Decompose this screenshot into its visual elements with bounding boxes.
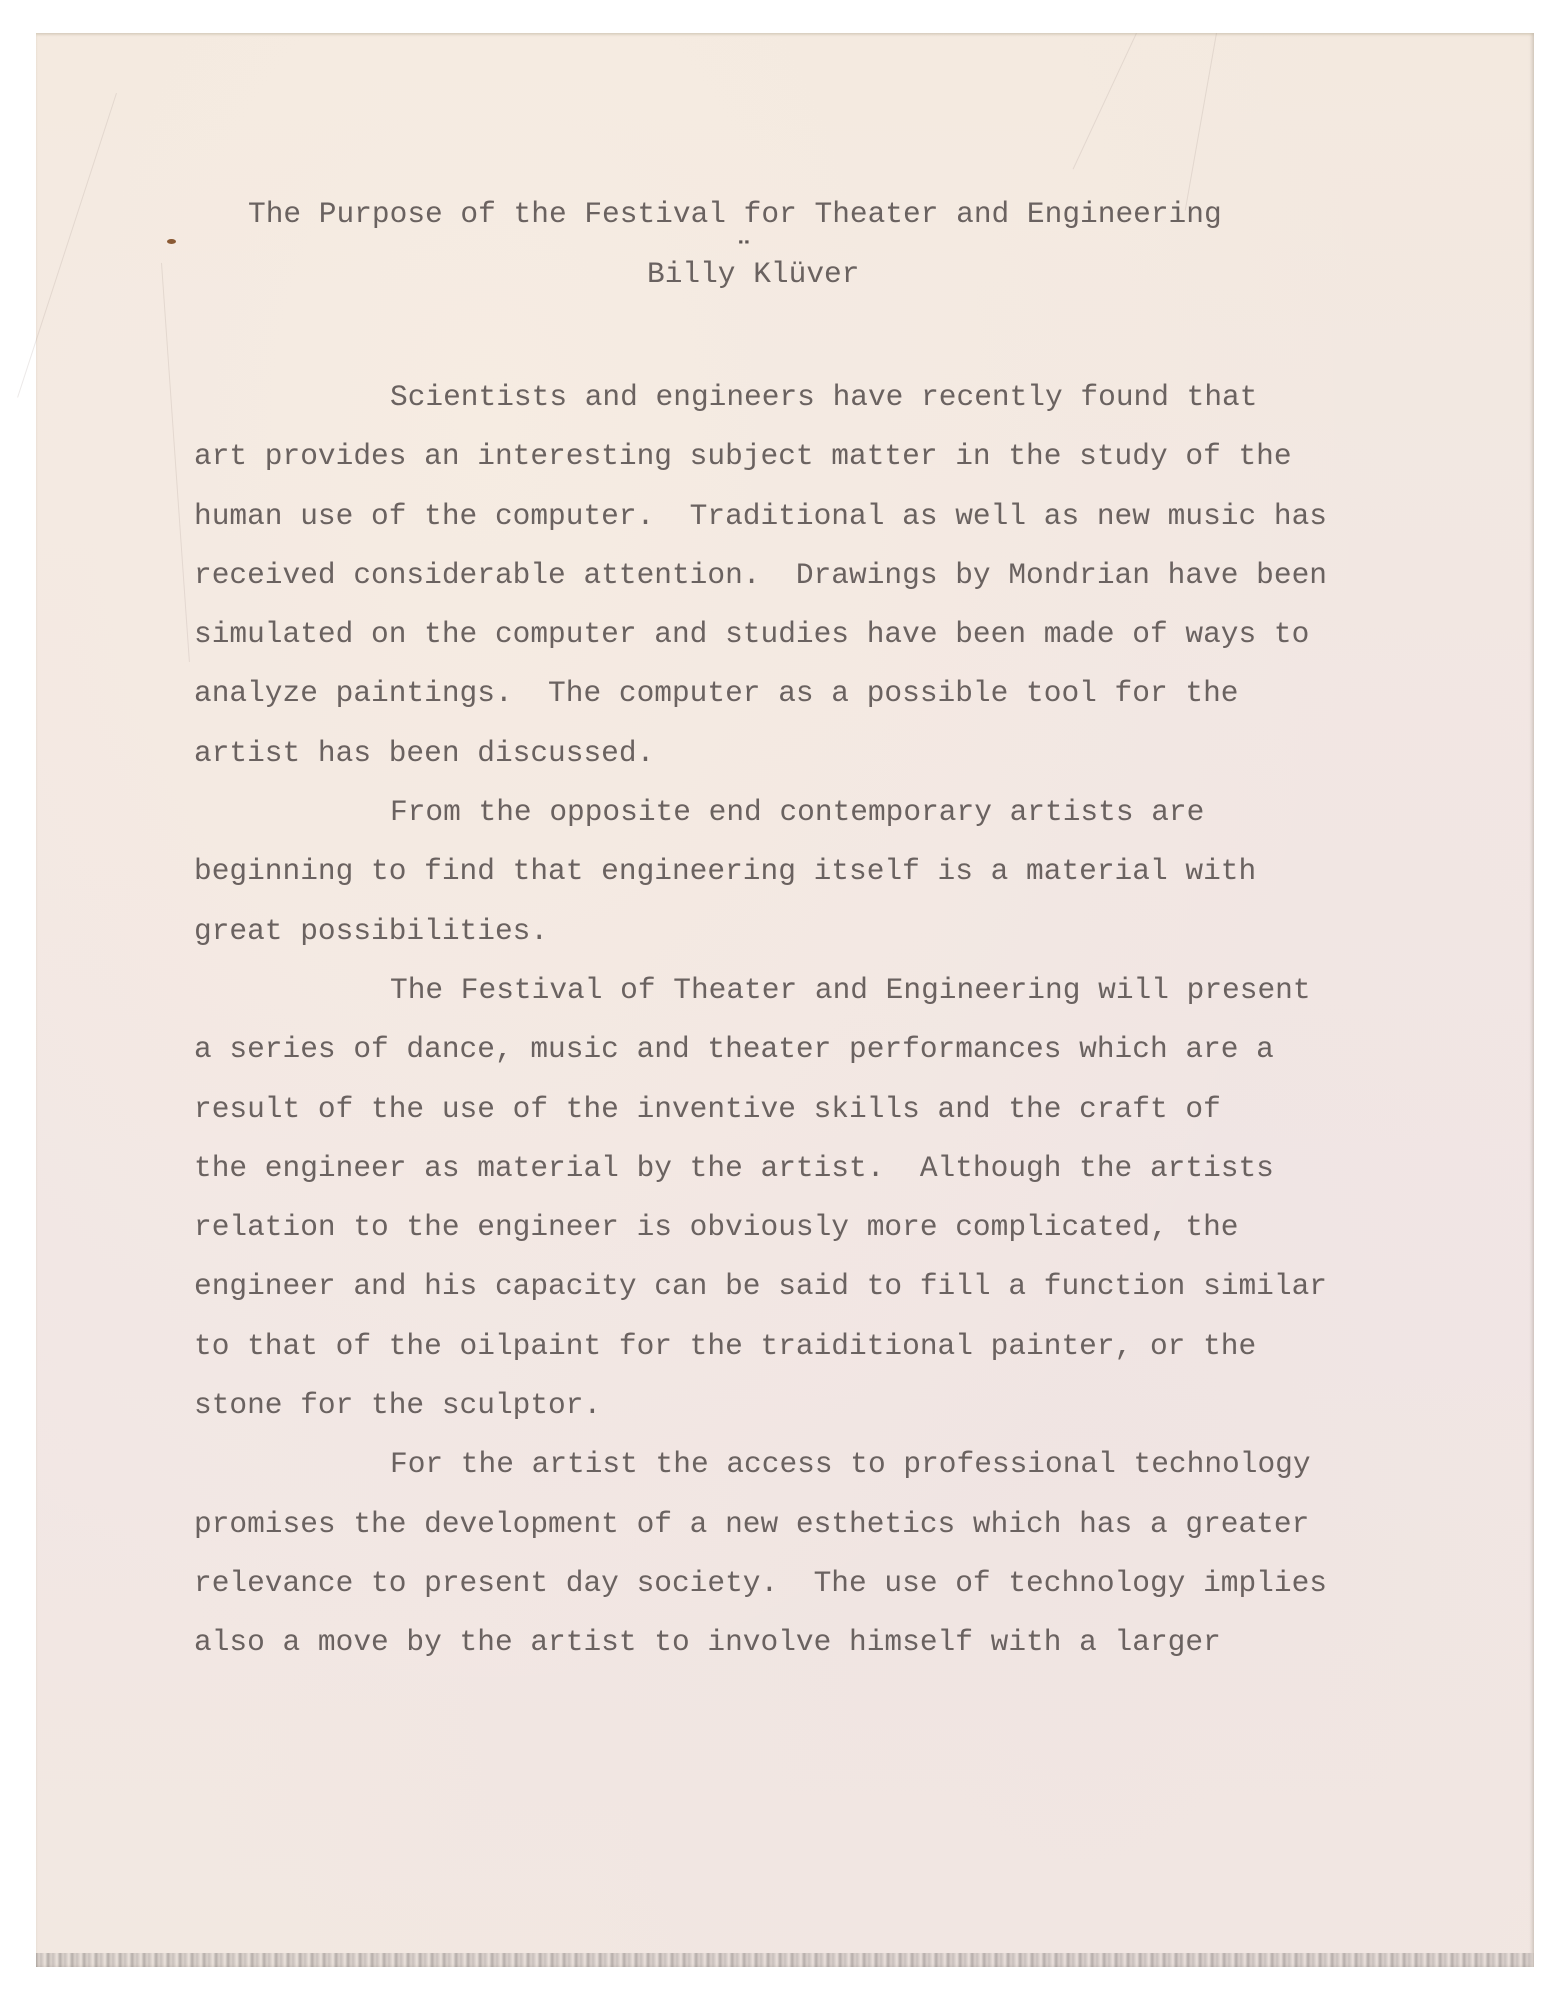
paragraph-2-line-1: From the opposite end contemporary artis… [194, 783, 1327, 842]
paragraph-3-line-2: a series of dance, music and theater per… [194, 1020, 1327, 1079]
paragraph-3-line-5: relation to the engineer is obviously mo… [194, 1198, 1327, 1257]
paragraph-1-line-4: received considerable attention. Drawing… [194, 546, 1327, 605]
document-title: The Purpose of the Festival for Theater … [248, 200, 1222, 230]
paper-crease [1185, 33, 1217, 210]
paragraph-4-line-1: For the artist the access to professiona… [194, 1435, 1327, 1494]
paragraph-3-line-1: The Festival of Theater and Engineering … [194, 961, 1327, 1020]
paragraph-4-line-2: promises the development of a new esthet… [194, 1495, 1327, 1554]
paper-crease [161, 263, 190, 662]
paragraph-4-line-4: also a move by the artist to involve him… [194, 1613, 1327, 1672]
paper-crease [17, 93, 117, 398]
paragraph-3-line-7: to that of the oilpaint for the traiditi… [194, 1317, 1327, 1376]
paragraph-2-line-2: beginning to find that engineering itsel… [194, 842, 1327, 901]
paragraph-3-line-4: the engineer as material by the artist. … [194, 1139, 1327, 1198]
paragraph-1-line-1: Scientists and engineers have recently f… [194, 368, 1327, 427]
document-body: Scientists and engineers have recently f… [194, 368, 1327, 1673]
paragraph-1-line-3: human use of the computer. Traditional a… [194, 487, 1327, 546]
paragraph-1-line-7: artist has been discussed. [194, 724, 1327, 783]
paragraph-4-line-3: relevance to present day society. The us… [194, 1554, 1327, 1613]
paragraph-1-line-5: simulated on the computer and studies ha… [194, 605, 1327, 664]
paper-crease [1073, 33, 1137, 169]
bottom-edge-wear [36, 1953, 1534, 1967]
paragraph-3-line-6: engineer and his capacity can be said to… [194, 1257, 1327, 1316]
paragraph-3-line-8: stone for the sculptor. [194, 1376, 1327, 1435]
paragraph-3-line-3: result of the use of the inventive skill… [194, 1080, 1327, 1139]
paragraph-1-line-6: analyze paintings. The computer as a pos… [194, 664, 1327, 723]
paragraph-2-line-3: great possibilities. [194, 902, 1327, 961]
paper-speck [167, 239, 176, 244]
document-author: Billy Klüver [647, 260, 859, 290]
paragraph-1-line-2: art provides an interesting subject matt… [194, 427, 1327, 486]
